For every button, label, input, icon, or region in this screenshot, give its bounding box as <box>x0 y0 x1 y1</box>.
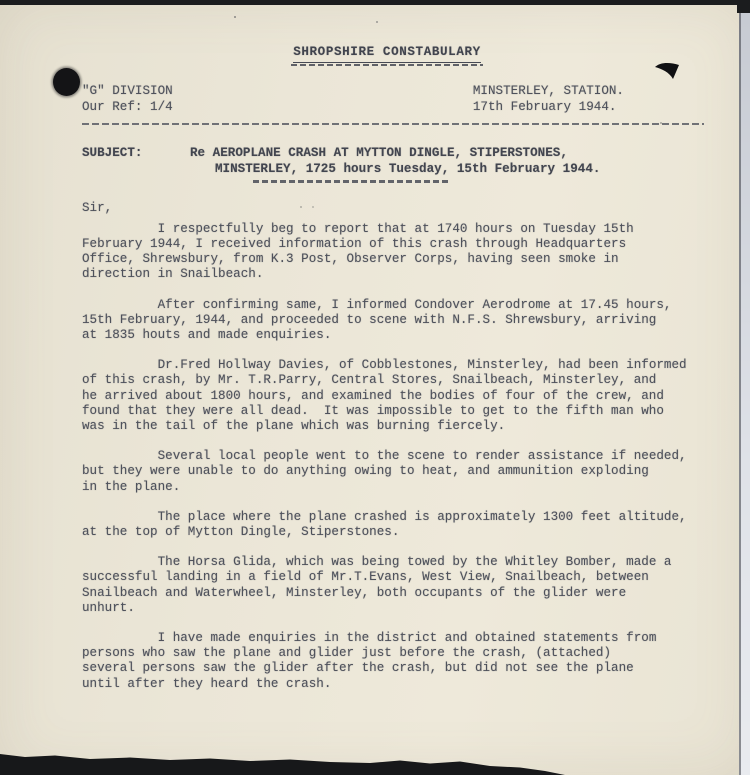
subject-line-1: Re AEROPLANE CRASH AT MYTTON DINGLE, STI… <box>190 145 600 161</box>
our-ref-line: Our Ref: 1/4 <box>82 99 173 115</box>
scanned-letter-page: SHROPSHIRE CONSTABULARY "G" DIVISION Our… <box>0 0 750 775</box>
subject-underline <box>253 180 448 182</box>
body-paragraph: After confirming same, I informed Condov… <box>82 298 692 344</box>
body-paragraph: I have made enquiries in the district an… <box>82 631 692 692</box>
body-paragraph: Several local people went to the scene t… <box>82 449 692 495</box>
body-paragraph: The place where the plane crashed is app… <box>82 510 692 540</box>
date-line: 17th February 1944. <box>473 99 624 115</box>
division-line: "G" DIVISION <box>82 83 173 99</box>
letterhead-title: SHROPSHIRE CONSTABULARY <box>293 44 481 63</box>
station-line: MINSTERLEY, STATION. <box>473 83 624 99</box>
scan-edge-bottom <box>0 740 750 775</box>
header-divider <box>82 123 704 125</box>
body-paragraph: The Horsa Glida, which was being towed b… <box>82 555 692 616</box>
salutation: Sir, <box>82 201 692 216</box>
body-paragraph: Dr.Fred Hollway Davies, of Cobblestones,… <box>82 358 692 434</box>
subject-block: SUBJECT: Re AEROPLANE CRASH AT MYTTON DI… <box>82 145 692 182</box>
subject-label: SUBJECT: <box>82 145 190 182</box>
letter-body: SHROPSHIRE CONSTABULARY "G" DIVISION Our… <box>82 44 692 692</box>
hole-punch-mark <box>53 68 80 96</box>
ink-specks <box>234 16 236 18</box>
scan-edge-top-corner <box>737 0 750 13</box>
scan-edge-top <box>0 0 750 5</box>
scan-edge-right <box>739 0 750 775</box>
letter-header: "G" DIVISION Our Ref: 1/4 MINSTERLEY, ST… <box>82 83 692 115</box>
body-paragraph: I respectfully beg to report that at 174… <box>82 222 692 283</box>
subject-line-2: MINSTERLEY, 1725 hours Tuesday, 15th Feb… <box>190 161 600 177</box>
